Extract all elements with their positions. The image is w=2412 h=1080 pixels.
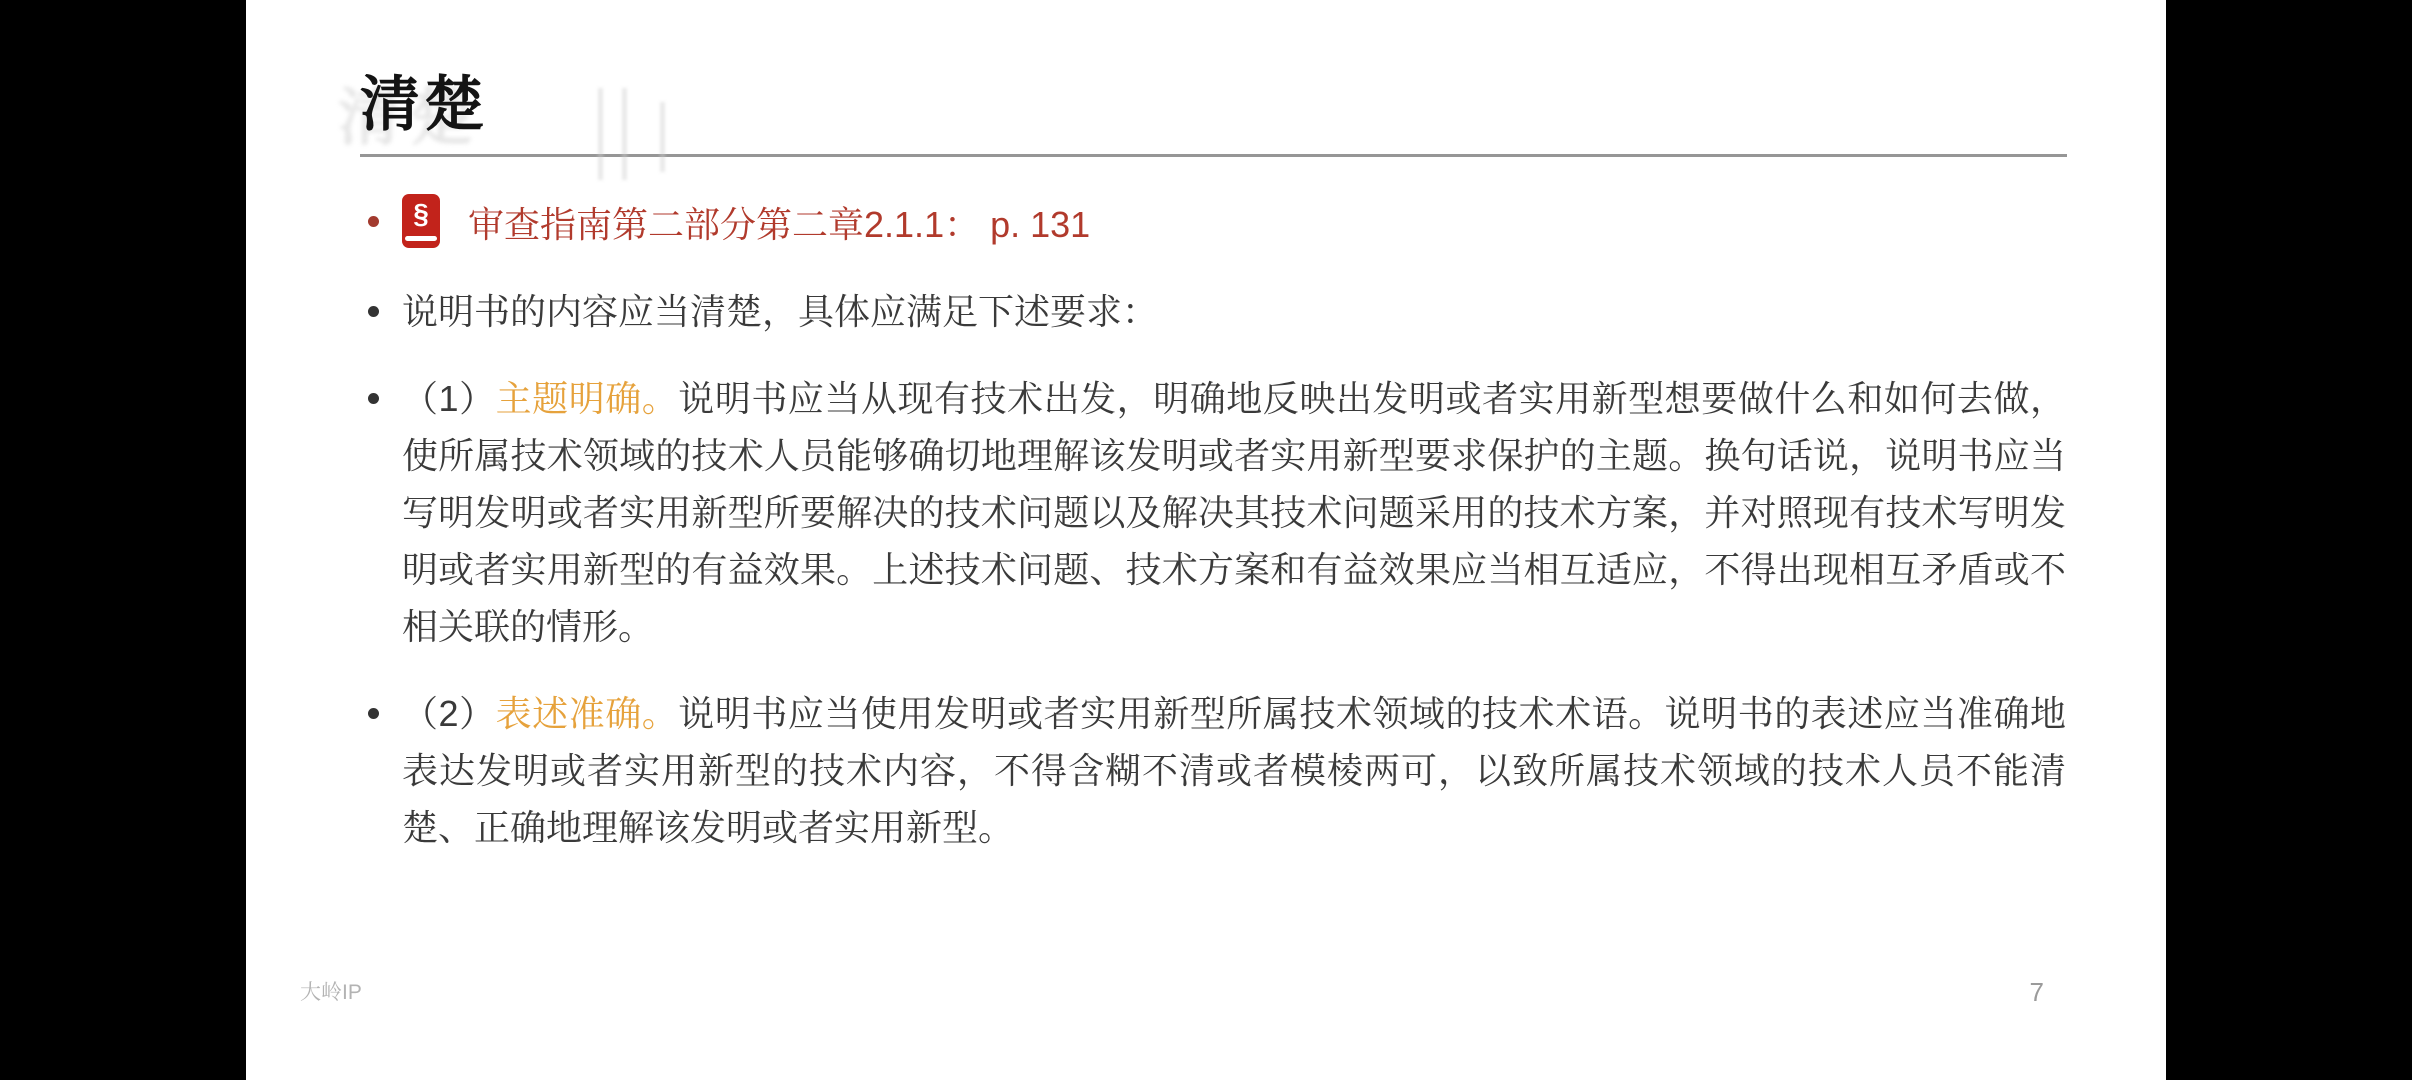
slide-content: 清楚 清楚 § 审查指南第二部分第二章2.1.1： p. 131 说明书的内容应… <box>246 0 2166 856</box>
presentation-slide: 清楚 清楚 § 审查指南第二部分第二章2.1.1： p. 131 说明书的内容应… <box>246 0 2166 1080</box>
bullet-dot <box>368 216 379 227</box>
item-lead: （1） <box>402 378 496 419</box>
footer-brand: 大岭IP <box>300 976 362 1006</box>
title-underline <box>360 154 2067 157</box>
letterboxed-background: { "slide": { "title": "清楚", "reference":… <box>0 0 2412 1080</box>
item-highlight: 主题明确。 <box>496 378 679 419</box>
title-block: 清楚 清楚 <box>360 62 2066 148</box>
reference-text: 审查指南第二部分第二章2.1.1： p. 131 <box>468 204 1090 245</box>
page-number: 7 <box>2030 977 2044 1008</box>
bullet-item-subject-clear: （1）主题明确。说明书应当从现有技术出发，明确地反映出发明或者实用新型想要做什么… <box>360 370 2066 655</box>
bullet-item-expression-accurate: （2）表述准确。说明书应当使用发明或者实用新型所属技术领域的技术术语。说明书的表… <box>360 685 2066 856</box>
section-sign-glyph: § <box>402 195 440 233</box>
bullet-item-requirements: 说明书的内容应当清楚，具体应满足下述要求： <box>360 283 2066 340</box>
reference-item: § 审查指南第二部分第二章2.1.1： p. 131 <box>360 193 2066 253</box>
page-title: 清楚 <box>360 62 2066 148</box>
item-highlight: 表述准确。 <box>496 693 679 734</box>
item-lead: （2） <box>402 693 496 734</box>
bullet-dot <box>368 393 379 404</box>
bullet-list: § 审查指南第二部分第二章2.1.1： p. 131 说明书的内容应当清楚，具体… <box>360 193 2066 856</box>
law-book-icon: § <box>402 194 440 248</box>
item-text: 说明书的内容应当清楚，具体应满足下述要求： <box>402 291 1158 332</box>
bullet-dot <box>368 708 379 719</box>
bullet-dot <box>368 306 379 317</box>
